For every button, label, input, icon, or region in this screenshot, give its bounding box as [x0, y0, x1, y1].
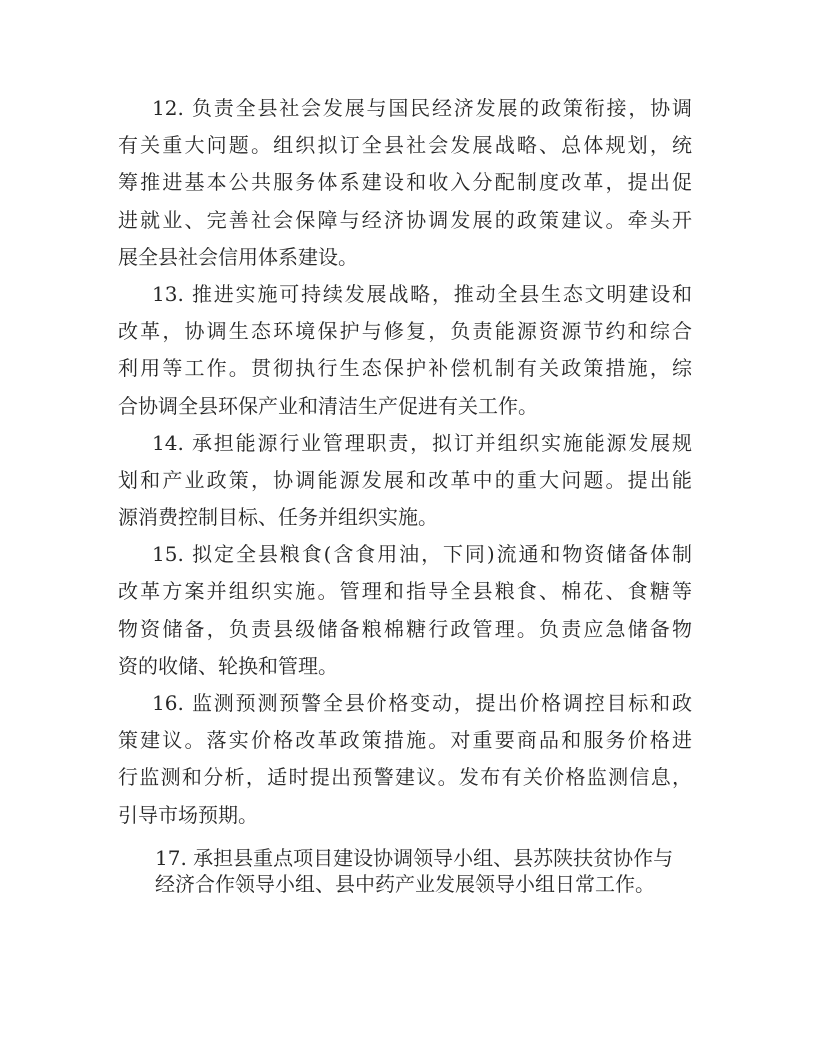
paragraph-line: 展全县社会信用体系建设。	[118, 239, 692, 276]
paragraph-line: 引导市场预期。	[118, 797, 692, 834]
paragraph-12: 12. 负责全县社会发展与国民经济发展的政策衔接，协调 有关重大问题。组织拟订全…	[118, 90, 692, 276]
document-body: 12. 负责全县社会发展与国民经济发展的政策衔接，协调 有关重大问题。组织拟订全…	[118, 90, 692, 897]
paragraph-14: 14. 承担能源行业管理职责，拟订并组织实施能源发展规 划和产业政策，协调能源发…	[118, 425, 692, 537]
paragraph-line: 合协调全县环保产业和清洁生产促进有关工作。	[118, 388, 692, 425]
paragraph-line: 14. 承担能源行业管理职责，拟订并组织实施能源发展规	[118, 425, 692, 462]
paragraph-line: 13. 推进实施可持续发展战略，推动全县生态文明建设和	[118, 276, 692, 313]
paragraph-line: 17. 承担县重点项目建设协调领导小组、县苏陕扶贫协作与	[155, 845, 692, 871]
paragraph-17: 17. 承担县重点项目建设协调领导小组、县苏陕扶贫协作与 经济合作领导小组、县中…	[155, 845, 692, 897]
paragraph-line: 改革，协调生态环境保护与修复，负责能源资源节约和综合	[118, 313, 692, 350]
document-page: 12. 负责全县社会发展与国民经济发展的政策衔接，协调 有关重大问题。组织拟订全…	[0, 0, 816, 1056]
paragraph-line: 经济合作领导小组、县中药产业发展领导小组日常工作。	[155, 871, 692, 897]
paragraph-line: 划和产业政策，协调能源发展和改革中的重大问题。提出能	[118, 462, 692, 499]
paragraph-line: 15. 拟定全县粮食(含食用油，下同)流通和物资储备体制	[118, 536, 692, 573]
paragraph-line: 16. 监测预测预警全县价格变动，提出价格调控目标和政	[118, 685, 692, 722]
paragraph-line: 改革方案并组织实施。管理和指导全县粮食、棉花、食糖等	[118, 573, 692, 610]
paragraph-line: 策建议。落实价格改革政策措施。对重要商品和服务价格进	[118, 722, 692, 759]
paragraph-16: 16. 监测预测预警全县价格变动，提出价格调控目标和政 策建议。落实价格改革政策…	[118, 685, 692, 834]
paragraph-line: 资的收储、轮换和管理。	[118, 648, 692, 685]
paragraph-line: 物资储备，负责县级储备粮棉糖行政管理。负责应急储备物	[118, 611, 692, 648]
paragraph-line: 筹推进基本公共服务体系建设和收入分配制度改革，提出促	[118, 164, 692, 201]
paragraph-line: 利用等工作。贯彻执行生态保护补偿机制有关政策措施，综	[118, 350, 692, 387]
paragraph-line: 12. 负责全县社会发展与国民经济发展的政策衔接，协调	[118, 90, 692, 127]
paragraph-line: 进就业、完善社会保障与经济协调发展的政策建议。牵头开	[118, 202, 692, 239]
paragraph-line: 行监测和分析，适时提出预警建议。发布有关价格监测信息，	[118, 759, 692, 796]
paragraph-line: 有关重大问题。组织拟订全县社会发展战略、总体规划，统	[118, 127, 692, 164]
paragraph-line: 源消费控制目标、任务并组织实施。	[118, 499, 692, 536]
paragraph-13: 13. 推进实施可持续发展战略，推动全县生态文明建设和 改革，协调生态环境保护与…	[118, 276, 692, 425]
paragraph-15: 15. 拟定全县粮食(含食用油，下同)流通和物资储备体制 改革方案并组织实施。管…	[118, 536, 692, 685]
